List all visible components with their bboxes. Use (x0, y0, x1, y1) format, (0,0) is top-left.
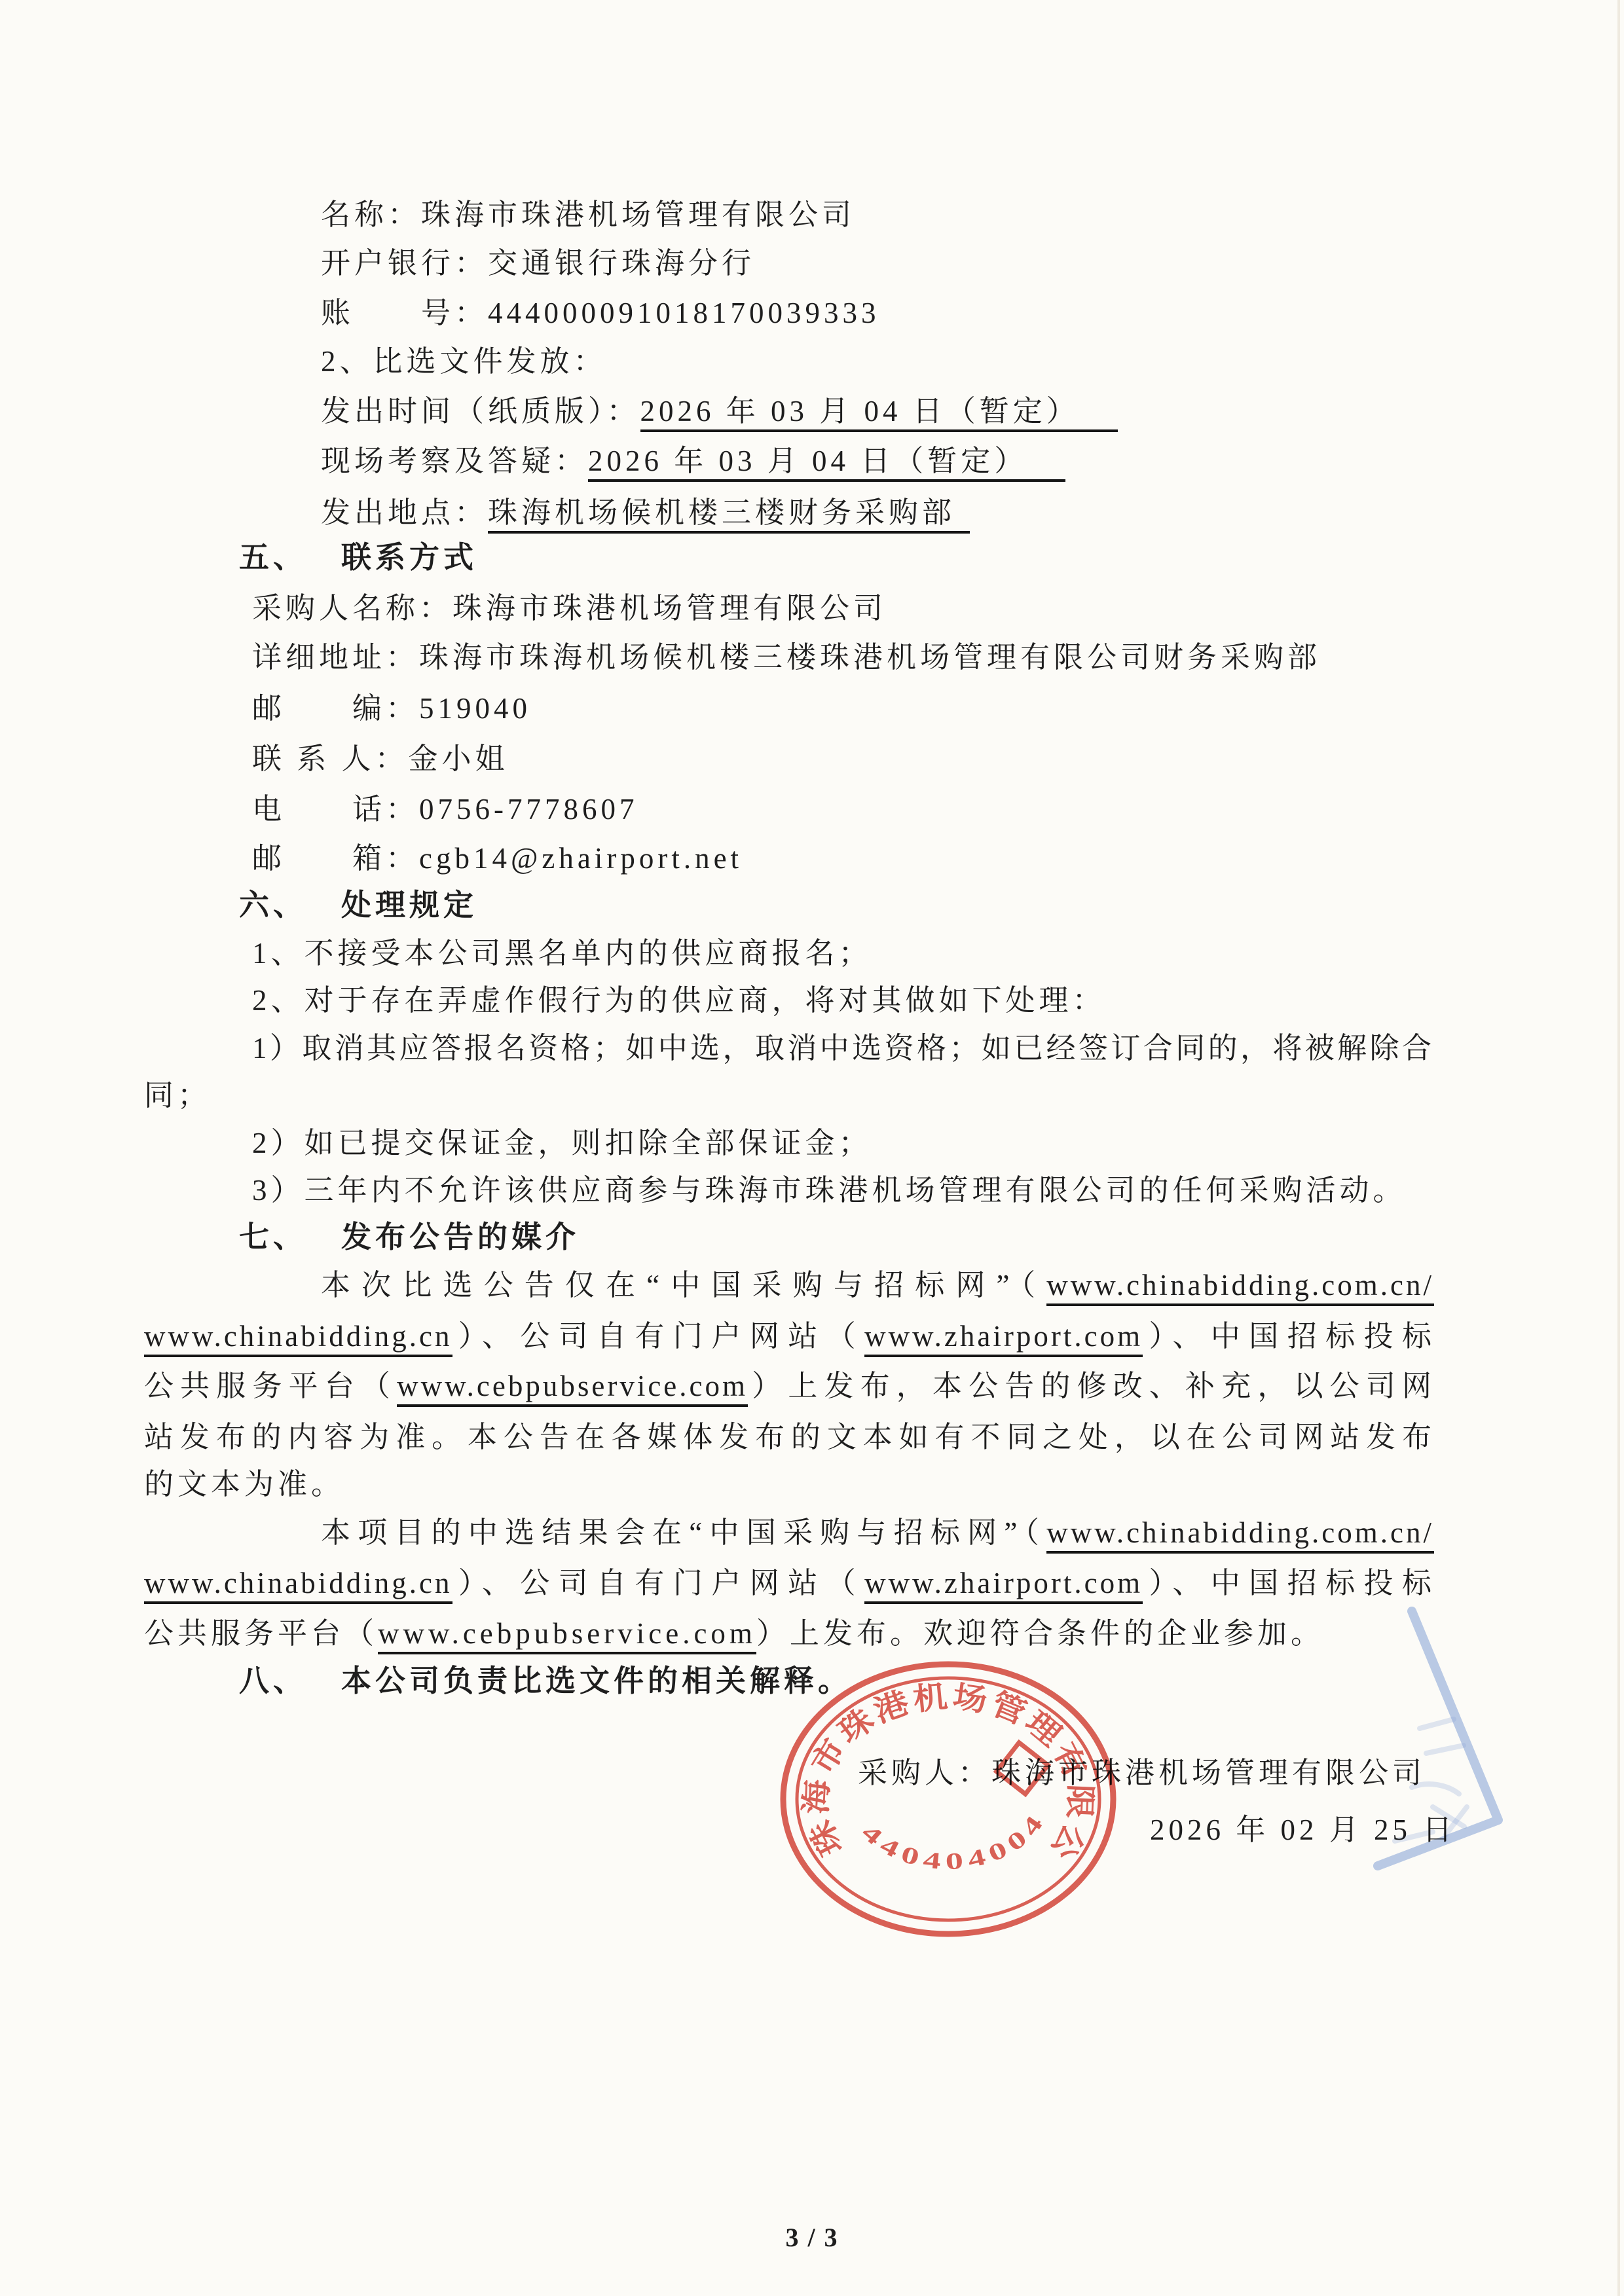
media-p2-l3-url: www.cebpubservice.com (378, 1617, 756, 1654)
phone-text: 电 话：0756-7778607 (252, 793, 638, 826)
media-p2-l2-mid: ）、公司自有门户网站（ (452, 1567, 865, 1599)
media-p1-l3-pre: 公共服务平台（ (144, 1370, 397, 1402)
issue-time-value: 2026 年 03 月 04 日（暂定） (640, 395, 1118, 432)
rule5-line: 3）三年内不允许该供应商参与珠海市珠港机场管理有限公司的任何采购活动。 (252, 1170, 1407, 1211)
media-p1-l5-text: 的文本为准。 (144, 1468, 344, 1501)
rule1-line: 1、不接受本公司黑名单内的供应商报名； (252, 933, 872, 974)
section6-header: 六、处理规定 (239, 885, 477, 926)
blue-stamp-border (1378, 1611, 1498, 1866)
media-p2-l2-url1: www.chinabidding.cn (144, 1567, 452, 1604)
scan-edge-line (1617, 0, 1620, 2296)
media-p1-line1: 本次比选公告仅在“中国采购与招标网”（www.chinabidding.com.… (321, 1265, 1434, 1305)
rule3-line2: 同； (144, 1075, 211, 1116)
red-company-seal-stamp: 珠海市珠港机场管理有限公司 4404040049418 (765, 1645, 1132, 1953)
media-p2-l2-url2: www.zhairport.com (864, 1567, 1143, 1604)
media-p1-l2-url2: www.zhairport.com (864, 1320, 1143, 1357)
bank-branch-text: 开户银行：交通银行珠海分行 (321, 247, 755, 280)
bank-account-line: 账 号：444000091018170039333 (321, 293, 880, 333)
media-p1-line2: www.chinabidding.cn）、公司自有门户网站（www.zhairp… (144, 1316, 1434, 1357)
issue-place-label: 发出地点： (321, 496, 488, 529)
email-text: 邮 箱：cgb14@zhairport.net (252, 842, 743, 875)
issue-head-text: 2、比选文件发放： (321, 345, 607, 378)
section5-title: 联系方式 (341, 541, 477, 574)
phone-line: 电 话：0756-7778607 (252, 789, 638, 829)
media-p1-l2-post: ）、中国招标投标 (1143, 1320, 1434, 1353)
section5-header: 五、联系方式 (239, 538, 477, 578)
page-number-text: 3 / 3 (785, 2223, 838, 2252)
media-p1-line3: 公共服务平台（www.cebpubservice.com）上发布，本公告的修改、… (144, 1366, 1434, 1406)
section6-title: 处理规定 (341, 888, 477, 922)
document-page: 名称：珠海市珠港机场管理有限公司 开户银行：交通银行珠海分行 账 号：44400… (0, 0, 1624, 2296)
issue-time-line: 发出时间（纸质版）：2026 年 03 月 04 日（暂定） (321, 391, 1118, 431)
rule2-text: 2、对于存在弄虚作假行为的供应商，将对其做如下处理： (252, 984, 1106, 1017)
media-p1-l4-text: 站发布的内容为准。本公告在各媒体发布的文本如有不同之处，以在公司网站发布 (144, 1421, 1434, 1453)
section6-number: 六、 (239, 885, 307, 926)
issue-place-value: 珠海机场候机楼三楼财务采购部 (488, 496, 970, 534)
site-visit-label: 现场考察及答疑： (321, 445, 588, 477)
blue-stamp-faint-marks (1395, 1719, 1467, 1841)
media-p1-l1-url: www.chinabidding.com.cn/ (1046, 1269, 1434, 1306)
media-p2-l1-pre: 本项目的中选结果会在“中国采购与招标网”（ (321, 1516, 1046, 1549)
address-text: 详细地址：珠海市珠海机场候机楼三楼珠港机场管理有限公司财务采购部 (252, 641, 1321, 674)
issue-place-line: 发出地点：珠海机场候机楼三楼财务采购部 (321, 492, 970, 533)
purchaser-name-line: 采购人名称：珠海市珠港机场管理有限公司 (252, 588, 887, 629)
seal-square-mark (997, 1743, 1048, 1795)
media-p1-l3-url: www.cebpubservice.com (397, 1370, 748, 1407)
bank-name-line: 名称：珠海市珠港机场管理有限公司 (321, 194, 855, 235)
rule3-text1: 1）取消其应答报名资格；如中选，取消中选资格；如已经签订合同的，将被解除合 (252, 1032, 1434, 1065)
site-visit-value: 2026 年 03 月 04 日（暂定） (588, 445, 1065, 482)
media-p1-line5: 的文本为准。 (144, 1464, 344, 1504)
rule3-line1: 1）取消其应答报名资格；如中选，取消中选资格；如已经签订合同的，将被解除合 (252, 1028, 1434, 1068)
media-p1-l2-url1: www.chinabidding.cn (144, 1320, 452, 1357)
blue-corner-stamp (1349, 1591, 1532, 1892)
section8-number: 八、 (239, 1661, 307, 1702)
section5-number: 五、 (239, 538, 307, 578)
purchaser-name-text: 采购人名称：珠海市珠港机场管理有限公司 (252, 592, 887, 625)
postcode-text: 邮 编：519040 (252, 692, 531, 725)
issue-time-label: 发出时间（纸质版）： (321, 395, 640, 428)
page-number: 3 / 3 (0, 2222, 1624, 2253)
section8-header: 八、本公司负责比选文件的相关解释。 (239, 1661, 852, 1702)
email-line: 邮 箱：cgb14@zhairport.net (252, 838, 743, 879)
media-p2-l1-url: www.chinabidding.com.cn/ (1046, 1516, 1434, 1554)
bank-branch-line: 开户银行：交通银行珠海分行 (321, 243, 755, 283)
media-p1-l1-pre: 本次比选公告仅在“中国采购与招标网”（ (321, 1269, 1046, 1302)
rule4-line: 2）如已提交保证金，则扣除全部保证金； (252, 1123, 872, 1163)
section7-header: 七、发布公告的媒介 (239, 1217, 580, 1258)
media-p2-line3: 公共服务平台（www.cebpubservice.com）上发布。欢迎符合条件的… (144, 1613, 1324, 1654)
media-p1-l3-post: ）上发布，本公告的修改、补充，以公司网 (748, 1370, 1434, 1402)
rule4-text: 2）如已提交保证金，则扣除全部保证金； (252, 1127, 872, 1159)
media-p1-line4: 站发布的内容为准。本公告在各媒体发布的文本如有不同之处，以在公司网站发布 (144, 1417, 1434, 1457)
section7-title: 发布公告的媒介 (341, 1220, 580, 1254)
rule3-text2: 同； (144, 1079, 211, 1112)
rule2-line: 2、对于存在弄虚作假行为的供应商，将对其做如下处理： (252, 980, 1106, 1021)
rule1-text: 1、不接受本公司黑名单内的供应商报名； (252, 937, 872, 970)
section7-number: 七、 (239, 1217, 307, 1258)
media-p2-line2: www.chinabidding.cn）、公司自有门户网站（www.zhairp… (144, 1563, 1434, 1603)
contact-person-text: 联 系 人：金小姐 (252, 742, 509, 775)
bank-name-text: 名称：珠海市珠港机场管理有限公司 (321, 198, 855, 231)
contact-person-line: 联 系 人：金小姐 (252, 738, 509, 779)
media-p1-l2-mid: ）、公司自有门户网站（ (452, 1320, 865, 1353)
site-visit-line: 现场考察及答疑：2026 年 03 月 04 日（暂定） (321, 441, 1065, 481)
bank-account-text: 账 号：444000091018170039333 (321, 297, 880, 329)
seal-inner-ring (797, 1678, 1099, 1920)
address-line: 详细地址：珠海市珠海机场候机楼三楼珠港机场管理有限公司财务采购部 (252, 637, 1321, 678)
rule5-text: 3）三年内不允许该供应商参与珠海市珠港机场管理有限公司的任何采购活动。 (252, 1174, 1407, 1207)
postcode-line: 邮 编：519040 (252, 688, 531, 729)
issue-head-line: 2、比选文件发放： (321, 341, 607, 382)
media-p2-line1: 本项目的中选结果会在“中国采购与招标网”（www.chinabidding.co… (321, 1512, 1434, 1553)
media-p2-l3-pre: 公共服务平台（ (144, 1617, 378, 1650)
